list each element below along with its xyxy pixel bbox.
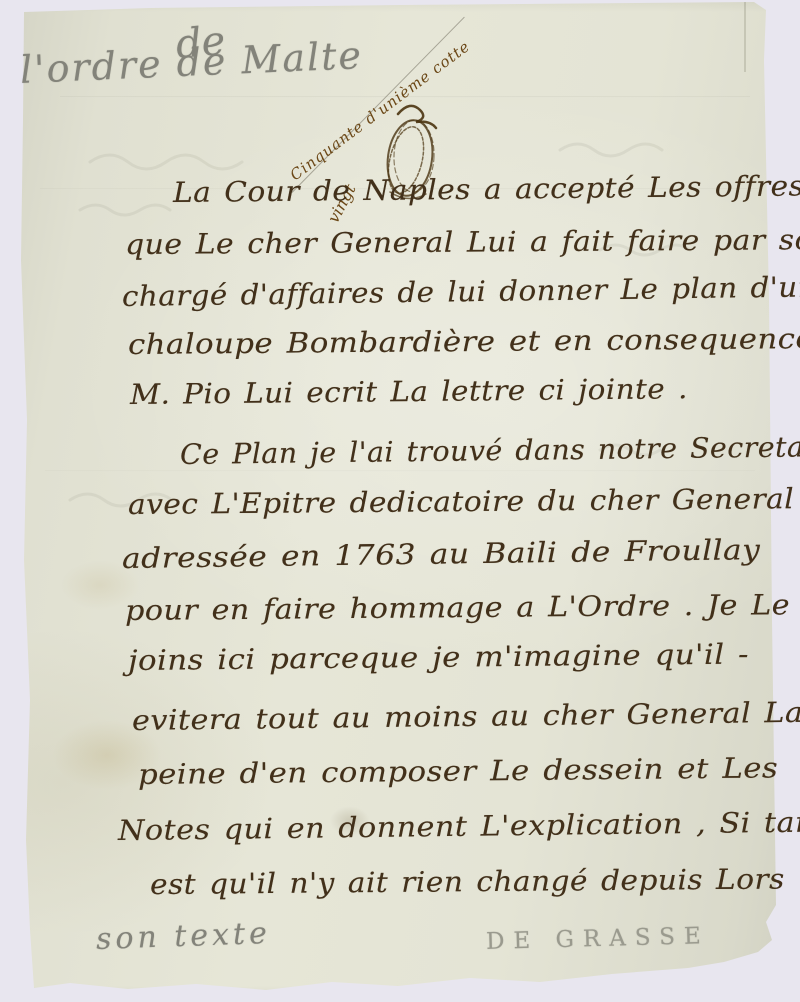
manuscript-line: que Le cher General Lui a fait faire par…	[125, 223, 800, 261]
manuscript-line: chaloupe Bombardière et en consequence	[128, 322, 800, 361]
photo-background: de l'ordre de Malte Cinquante d'unième c…	[0, 0, 800, 1002]
pencil-annotation-son-texte: son texte	[95, 916, 271, 957]
manuscript-line: pour en faire hommage a L'Ordre . Je Le	[125, 588, 790, 627]
manuscript-line: est qu'il n'y ait rien changé depuis Lor…	[150, 862, 785, 901]
manuscript-line: La Cour de Naples a accepté Les offres	[173, 169, 800, 209]
manuscript-line: peine d'en composer Le dessein et Les	[138, 751, 779, 791]
manuscript-line: avec L'Epitre dedicatoire du cher Genera…	[128, 482, 800, 521]
manuscript-line: M. Pio Lui ecrit La lettre ci jointe .	[130, 372, 688, 411]
manuscript-line: joins ici parceque je m'imagine qu'il -	[128, 637, 749, 677]
paper-fold-edge	[744, 2, 746, 72]
